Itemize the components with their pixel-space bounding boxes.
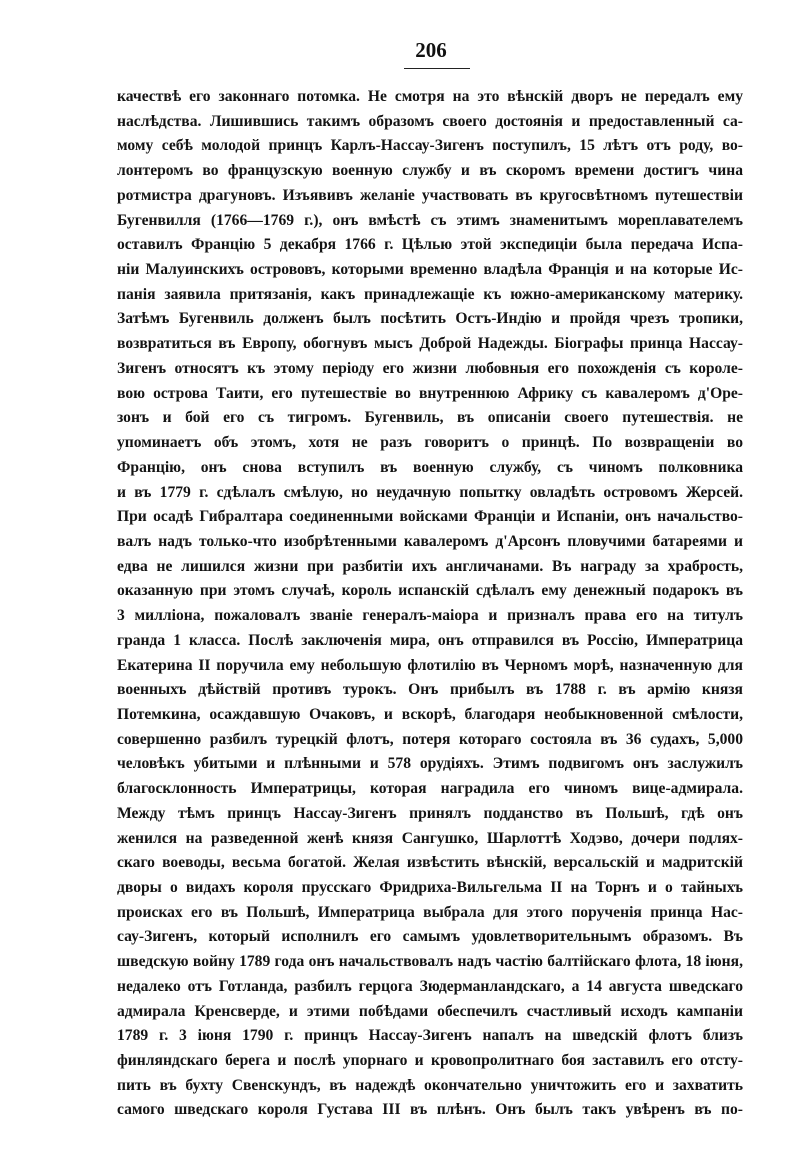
text-line: происках его въ Польшѣ, Императрица выбр… — [117, 901, 743, 926]
text-line: лонтеромъ во французскую военную службу … — [117, 159, 743, 184]
text-line: 1789 г. 3 іюня 1790 г. принцъ Нассау-Зиг… — [117, 1024, 743, 1049]
text-line: скаго воеводы, весьма богатой. Желая изв… — [117, 851, 743, 876]
text-line: адмирала Кренсверде, и этими побѣдами об… — [117, 1000, 743, 1025]
text-line: самого шведскаго короля Густава III въ п… — [117, 1098, 743, 1123]
text-line: валъ надъ только-что изобрѣтенными кавал… — [117, 530, 743, 555]
text-line: Екатерина II поручила ему небольшую флот… — [117, 654, 743, 679]
text-line: зонъ и бой его съ тигромъ. Бугенвиль, въ… — [117, 406, 743, 431]
text-line: сау-Зигенъ, который исполнилъ его самымъ… — [117, 925, 743, 950]
text-line: финляндскаго берега и послѣ упорнаго и к… — [117, 1049, 743, 1074]
text-line: военныхъ дѣйствій противъ турокъ. Онъ пр… — [117, 678, 743, 703]
text-line: Францію, онъ снова вступилъ въ военную с… — [117, 456, 743, 481]
text-line: пить въ бухту Свенскундъ, въ надеждѣ око… — [117, 1074, 743, 1099]
text-line: и въ 1779 г. сдѣлалъ смѣлую, но неудачну… — [117, 481, 743, 506]
text-line: шведскую войну 1789 года онъ начальствов… — [117, 950, 743, 975]
text-line: упоминаетъ объ этомъ, хотя не разъ говор… — [117, 431, 743, 456]
text-line: Потемкина, осаждавшую Очаковъ, и вскорѣ,… — [117, 703, 743, 728]
text-line: 3 милліона, пожаловалъ званіе генералъ-м… — [117, 604, 743, 629]
text-line: наслѣдства. Лишившись такимъ образомъ св… — [117, 110, 743, 135]
page-number: 206 — [396, 38, 466, 63]
text-line: ротмистра драгуновъ. Изъявивъ желаніе уч… — [117, 184, 743, 209]
text-line: совершенно разбилъ турецкій флотъ, потер… — [117, 728, 743, 753]
text-line: дворы о видахъ короля прусскаго Фридриха… — [117, 876, 743, 901]
text-line: оставилъ Францію 5 декабря 1766 г. Цѣлью… — [117, 233, 743, 258]
text-line: мому себѣ молодой принцъ Карлъ-Нассау-Зи… — [117, 134, 743, 159]
text-line: недалеко отъ Готланда, разбилъ герцога З… — [117, 975, 743, 1000]
text-line: гранда 1 класса. Послѣ заключенія мира, … — [117, 629, 743, 654]
document-page: 206 качествѣ его законнаго потомка. Не с… — [0, 0, 792, 1176]
text-line: благосклонность Императрицы, которая наг… — [117, 777, 743, 802]
text-line: панія заявила притязанія, какъ принадлеж… — [117, 283, 743, 308]
text-line: ніи Малуинскихъ острововъ, которыми врем… — [117, 258, 743, 283]
text-line: Бугенвилля (1766—1769 г.), онъ вмѣстѣ съ… — [117, 209, 743, 234]
header-rule — [404, 68, 470, 69]
body-text: качествѣ его законнаго потомка. Не смотр… — [117, 85, 743, 1123]
text-line: человѣкъ убитыми и плѣнными и 578 орудія… — [117, 752, 743, 777]
text-line: При осадѣ Гибралтара соединенными войска… — [117, 505, 743, 530]
text-line: Зигенъ относятъ къ этому періоду его жиз… — [117, 357, 743, 382]
text-line: женился на разведенной женѣ князя Сангуш… — [117, 827, 743, 852]
text-line: оказанную при этомъ случаѣ, король испан… — [117, 579, 743, 604]
text-line: качествѣ его законнаго потомка. Не смотр… — [117, 85, 743, 110]
text-line: Затѣмъ Бугенвиль долженъ былъ посѣтить О… — [117, 307, 743, 332]
text-line: едва не лишился жизни при разбитіи ихъ а… — [117, 555, 743, 580]
text-line: Между тѣмъ принцъ Нассау-Зигенъ принялъ … — [117, 802, 743, 827]
text-line: вою острова Таити, его путешествіе во вн… — [117, 382, 743, 407]
text-line: возвратиться въ Европу, обогнувъ мысъ До… — [117, 332, 743, 357]
